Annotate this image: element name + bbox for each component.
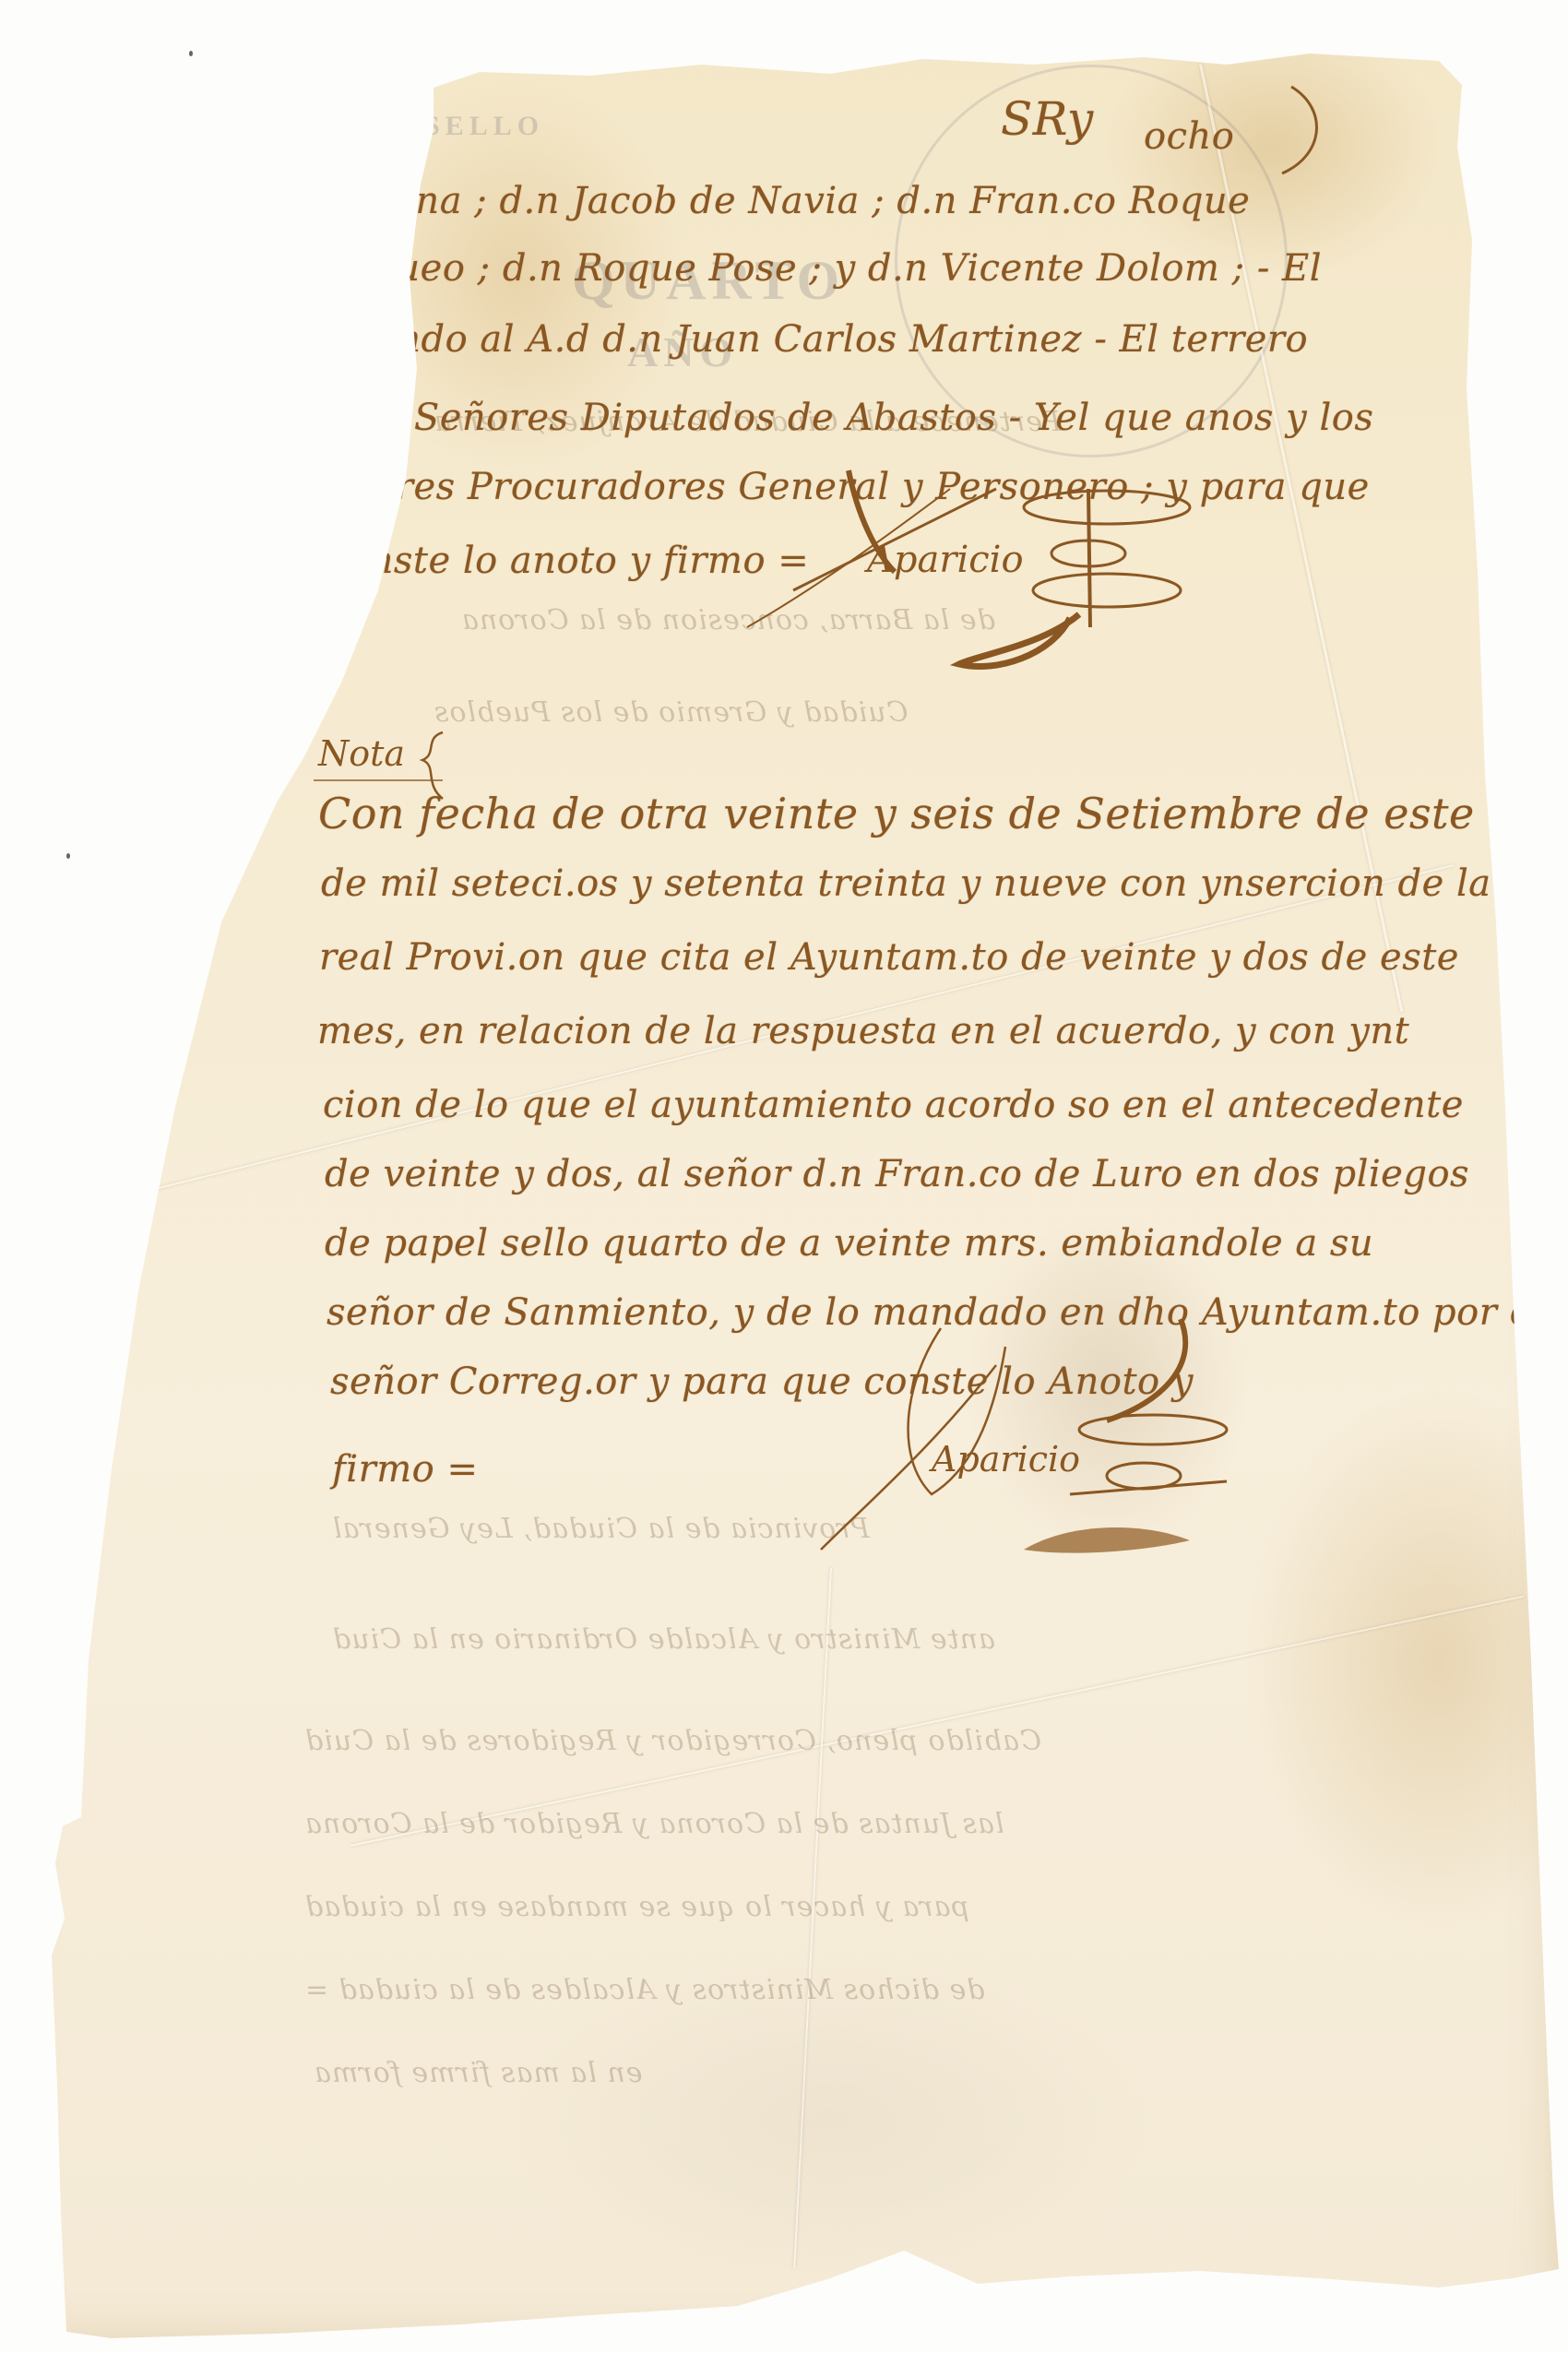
margin-note: Nota (318, 733, 405, 774)
seal-stamp-text: SELLO (424, 111, 544, 142)
signature-rubric-icon: Aparicio (793, 1310, 1291, 1586)
manuscript-line: Con fecha de otra veinte y seis de Setie… (318, 789, 1568, 838)
bleed-through-line: para y hacer lo que se mandase en la ciu… (304, 1891, 969, 1923)
manuscript-line: Pueo ; d.n Roque Pose ; y d.n Vicente Do… (371, 247, 1322, 290)
bleed-through-line: Cabildo pleno, Corregidor y Regidores de… (304, 1725, 1041, 1757)
bleed-through-line: de dichos Ministros y Alcaldes de la ciu… (304, 1974, 985, 2006)
folio-bracket-icon (1273, 81, 1328, 183)
bleed-through-line: Provincia de la Ciudad, Ley General (332, 1513, 870, 1545)
folio-abbreviation: SRy (1001, 92, 1094, 146)
signature-name: Aparicio (863, 539, 1024, 581)
manuscript-line: mes, en relacion de la respuesta en el a… (317, 1010, 1409, 1052)
manuscript-line: real Provi.on que cita el Ayuntam.to de … (319, 936, 1459, 979)
signature-name: Aparicio (929, 1439, 1080, 1480)
signature-rubric-icon: Aparicio (738, 434, 1254, 710)
manuscript-line: de papel sello quarto de a veinte mrs. e… (325, 1222, 1373, 1265)
manuscript-line: de mil seteci.os y setenta treinta y nue… (321, 862, 1491, 905)
manuscript-line: undo al A.d d.n Juan Carlos Martinez - E… (373, 318, 1308, 361)
manuscript-line: uena ; d.n Jacob de Navia ; d.n Fran.co … (369, 180, 1250, 222)
manuscript-line: cion de lo que el ayuntamiento acordo so… (323, 1084, 1464, 1126)
bleed-through-line: ante Ministro y Alcalde Ordinario en la … (332, 1623, 995, 1656)
dust-speck (66, 853, 70, 859)
manuscript-line: de veinte y dos, al señor d.n Fran.co de… (325, 1153, 1469, 1195)
bleed-through-line: las Juntas de la Corona y Regidor de la … (304, 1808, 1004, 1840)
dust-speck (189, 51, 193, 56)
manuscript-line: firmo = (332, 1448, 478, 1491)
folio-number: ocho (1144, 115, 1234, 158)
bleed-through-line: en la mas firme forma (314, 2057, 643, 2089)
